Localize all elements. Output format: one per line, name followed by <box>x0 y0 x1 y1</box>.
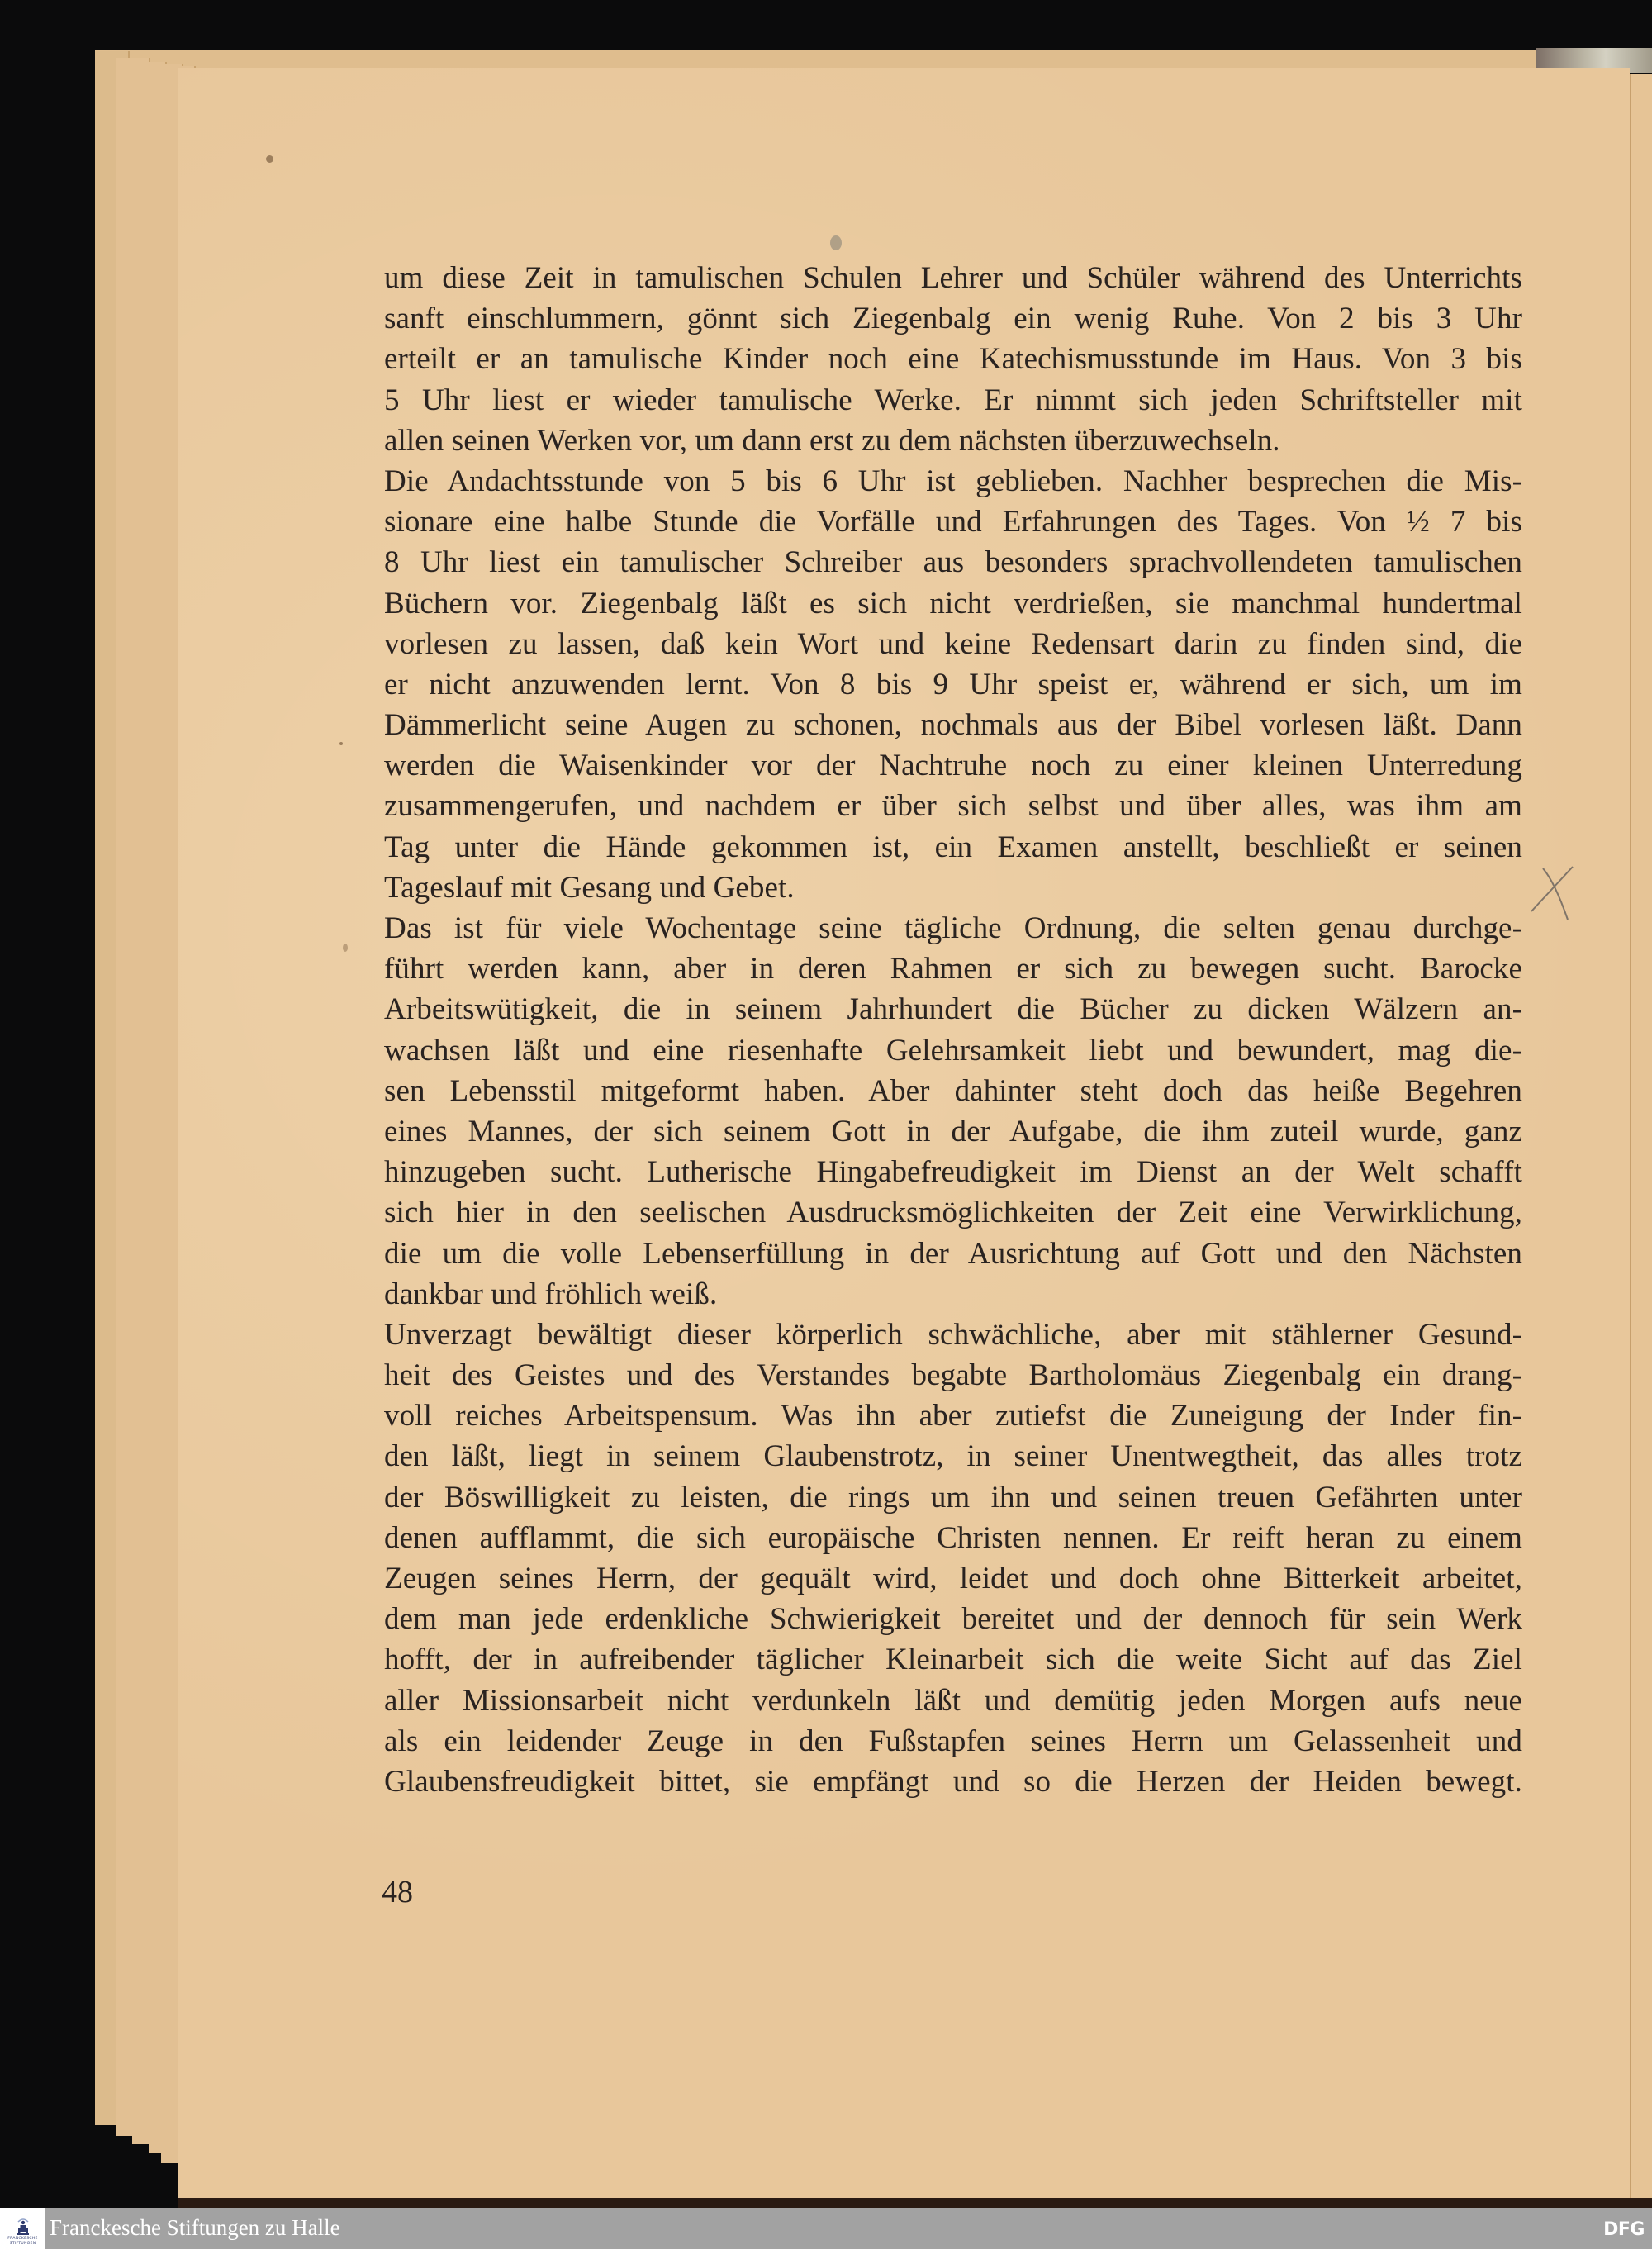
logo-text-line: STIFTUNGEN <box>10 2242 36 2246</box>
text-line: aller Missionsarbeit nicht verdunkeln lä… <box>384 1681 1522 1721</box>
text-line: Die Andachtsstunde von 5 bis 6 Uhr ist g… <box>384 461 1522 502</box>
text-line: werden die Waisenkinder vor der Nachtruh… <box>384 745 1522 786</box>
text-line: voll reiches Arbeitspensum. Was ihn aber… <box>384 1396 1522 1436</box>
text-line: wachsen läßt und eine riesenhafte Gelehr… <box>384 1030 1522 1071</box>
text-line: Dämmerlicht seine Augen zu schonen, noch… <box>384 705 1522 745</box>
book-top-edge <box>95 50 1640 69</box>
text-line: Tageslauf mit Gesang und Gebet. <box>384 868 1522 908</box>
paper-speck <box>343 944 348 952</box>
text-line: heit des Geistes und des Verstandes bega… <box>384 1355 1522 1396</box>
facing-page-edge <box>1630 74 1652 2208</box>
text-line: dankbar und fröhlich weiß. <box>384 1274 1522 1315</box>
text-line: er nicht anzuwenden lernt. Von 8 bis 9 U… <box>384 664 1522 705</box>
text-line: Tag unter die Hände gekommen ist, ein Ex… <box>384 827 1522 868</box>
text-line: Glaubensfreudigkeit bittet, sie empfängt… <box>384 1762 1522 1802</box>
page-bottom-shadow <box>178 2198 1652 2208</box>
logo-text-line: FRANCKESCHE <box>7 2237 37 2241</box>
logo-text: FRANCKESCHE STIFTUNGEN <box>7 2237 37 2247</box>
text-line: eines Mannes, der sich seinem Gott in de… <box>384 1111 1522 1152</box>
text-line: sionare eine halbe Stunde die Vorfälle u… <box>384 502 1522 542</box>
text-line: 5 Uhr liest er wieder tamulische Werke. … <box>384 380 1522 421</box>
page-number: 48 <box>382 1874 413 1910</box>
text-line: sanft einschlummern, gönnt sich Ziegenba… <box>384 298 1522 339</box>
text-line: führt werden kann, aber in deren Rahmen … <box>384 949 1522 989</box>
text-line: sen Lebensstil mitgeformt haben. Aber da… <box>384 1071 1522 1111</box>
body-text: um diese Zeit in tamulischen Schulen Leh… <box>384 258 1522 1802</box>
franckesche-stiftungen-logo-icon <box>16 2217 31 2237</box>
text-line: um diese Zeit in tamulischen Schulen Leh… <box>384 258 1522 298</box>
text-line: Büchern vor. Ziegenbalg läßt es sich nic… <box>384 583 1522 624</box>
text-line: vorlesen zu lassen, daß kein Wort und ke… <box>384 624 1522 664</box>
pencil-x-mark-icon <box>1520 855 1578 921</box>
text-line: die um die volle Lebenserfüllung in der … <box>384 1234 1522 1274</box>
paper-speck <box>830 235 842 250</box>
institution-logo: FRANCKESCHE STIFTUNGEN <box>0 2208 45 2249</box>
text-line: der Böswilligkeit zu leisten, die rings … <box>384 1477 1522 1518</box>
institution-name: Franckesche Stiftungen zu Halle <box>50 2215 340 2241</box>
paper-speck <box>339 742 343 745</box>
text-line: den läßt, liegt in seinem Glaubenstrotz,… <box>384 1436 1522 1476</box>
text-line: dem man jede erdenkliche Schwierigkeit b… <box>384 1599 1522 1639</box>
text-line: Zeugen seines Herrn, der gequält wird, l… <box>384 1558 1522 1599</box>
text-line: Arbeitswütigkeit, die in seinem Jahrhund… <box>384 989 1522 1029</box>
text-line: als ein leidender Zeuge in den Fußstapfe… <box>384 1721 1522 1762</box>
text-line: Das ist für viele Wochentage seine tägli… <box>384 908 1522 949</box>
text-line: sich hier in den seelischen Ausdrucksmög… <box>384 1192 1522 1233</box>
text-line: Unverzagt bewältigt dieser körperlich sc… <box>384 1315 1522 1355</box>
paper-speck <box>266 155 273 163</box>
text-line: allen seinen Werken vor, um dann erst zu… <box>384 421 1522 461</box>
text-line: 8 Uhr liest ein tamulischer Schreiber au… <box>384 542 1522 582</box>
text-line: hinzugeben sucht. Lutherische Hingabefre… <box>384 1152 1522 1192</box>
text-line: erteilt er an tamulische Kinder noch ein… <box>384 339 1522 379</box>
text-line: denen aufflammt, die sich europäische Ch… <box>384 1518 1522 1558</box>
text-line: hofft, der in aufreibender täglicher Kle… <box>384 1639 1522 1680</box>
dfg-logo: DFG <box>1603 2219 1645 2240</box>
footer-bar: FRANCKESCHE STIFTUNGEN Franckesche Stift… <box>0 2208 1652 2249</box>
text-line: zusammengerufen, und nachdem er über sic… <box>384 786 1522 826</box>
